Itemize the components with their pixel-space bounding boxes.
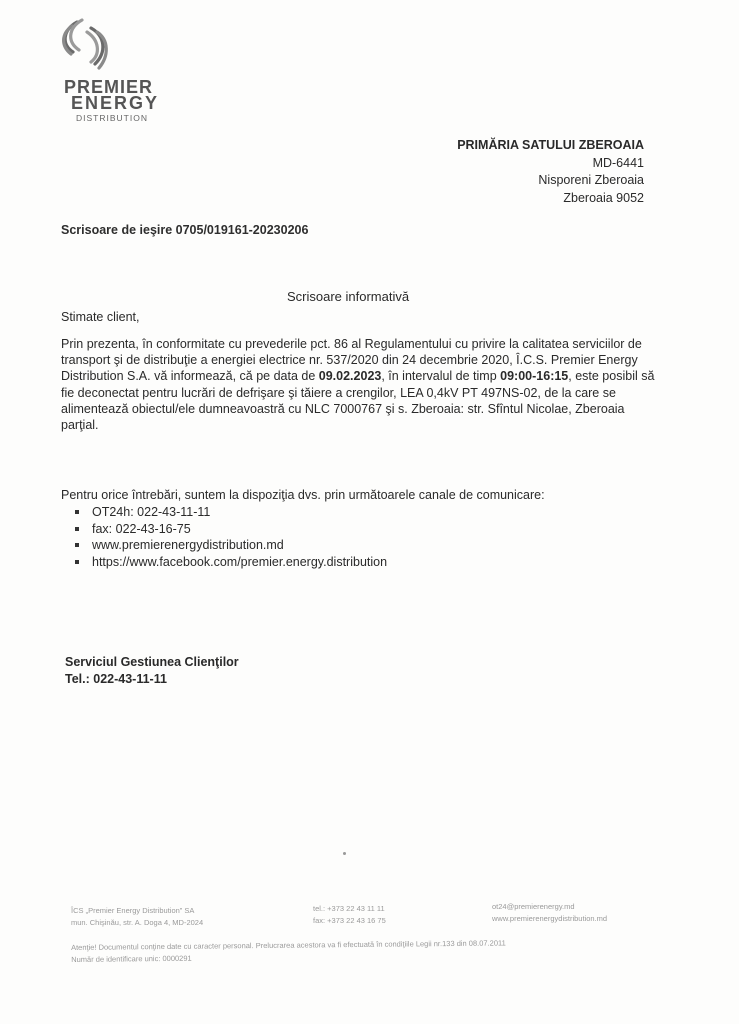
footer-phone-info: tel.: +373 22 43 11 11 fax: +373 22 43 1… xyxy=(313,903,386,927)
logo-text-distribution: DISTRIBUTION xyxy=(76,113,148,123)
signature-phone: Tel.: 022-43-11-11 xyxy=(65,671,239,688)
recipient-locality: Zberoaia 9052 xyxy=(457,190,644,208)
logo-text-energy: ENERGY xyxy=(71,94,159,112)
footer-company-name: ÎCS „Premier Energy Distribution” SA xyxy=(71,905,203,917)
recipient-postal-code: MD-6441 xyxy=(457,155,644,173)
scan-speck xyxy=(343,852,346,855)
footer-notice: Atenţie! Documentul conţine date cu cara… xyxy=(71,937,506,966)
recipient-name: PRIMĂRIA SATULUI ZBEROAIA xyxy=(457,137,644,155)
premier-energy-swirl-icon xyxy=(57,18,117,76)
footer-email[interactable]: ot24@premierenergy.md xyxy=(492,901,607,913)
contact-item-ot24h: OT24h: 022-43-11-11 xyxy=(75,504,387,521)
outage-interval: 09:00-16:15 xyxy=(500,369,568,383)
contact-intro: Pentru orice întrebări, suntem la dispoz… xyxy=(61,488,545,502)
footer-company-info: ÎCS „Premier Energy Distribution” SA mun… xyxy=(71,905,203,929)
company-logo: PREMIER ENERGY DISTRIBUTION xyxy=(55,18,205,128)
greeting: Stimate client, xyxy=(61,310,140,324)
outgoing-letter-reference: Scrisoare de ieşire 0705/019161-20230206 xyxy=(61,223,308,237)
contact-list: OT24h: 022-43-11-11 fax: 022-43-16-75 ww… xyxy=(75,504,387,570)
signature-block: Serviciul Gestiunea Clienţilor Tel.: 022… xyxy=(65,654,239,688)
signature-department: Serviciul Gestiunea Clienţilor xyxy=(65,654,239,671)
footer-fax: fax: +373 22 43 16 75 xyxy=(313,915,386,927)
contact-item-facebook: https://www.facebook.com/premier.energy.… xyxy=(75,554,387,571)
outage-date: 09.02.2023 xyxy=(319,369,382,383)
contact-item-website: www.premierenergydistribution.md xyxy=(75,537,387,554)
contact-item-label: fax: 022-43-16-75 xyxy=(92,522,191,536)
website-link[interactable]: www.premierenergydistribution.md xyxy=(92,538,284,552)
footer-website[interactable]: www.premierenergydistribution.md xyxy=(492,913,607,925)
body-text-2: , în intervalul de timp xyxy=(381,369,500,383)
body-paragraph: Prin prezenta, în conformitate cu preved… xyxy=(61,336,661,433)
bullet-icon xyxy=(75,543,79,547)
footer-web-info: ot24@premierenergy.md www.premierenergyd… xyxy=(492,901,607,925)
letter-title: Scrisoare informativă xyxy=(287,289,409,304)
contact-item-label: OT24h: 022-43-11-11 xyxy=(92,505,210,519)
footer-address: mun. Chişinău, str. A. Doga 4, MD-2024 xyxy=(71,917,203,929)
bullet-icon xyxy=(75,527,79,531)
footer-tel: tel.: +373 22 43 11 11 xyxy=(313,903,386,915)
recipient-address: PRIMĂRIA SATULUI ZBEROAIA MD-6441 Nispor… xyxy=(457,137,644,207)
contact-item-fax: fax: 022-43-16-75 xyxy=(75,521,387,538)
recipient-district: Nisporeni Zberoaia xyxy=(457,172,644,190)
bullet-icon xyxy=(75,560,79,564)
facebook-link[interactable]: https://www.facebook.com/premier.energy.… xyxy=(92,555,387,569)
bullet-icon xyxy=(75,510,79,514)
